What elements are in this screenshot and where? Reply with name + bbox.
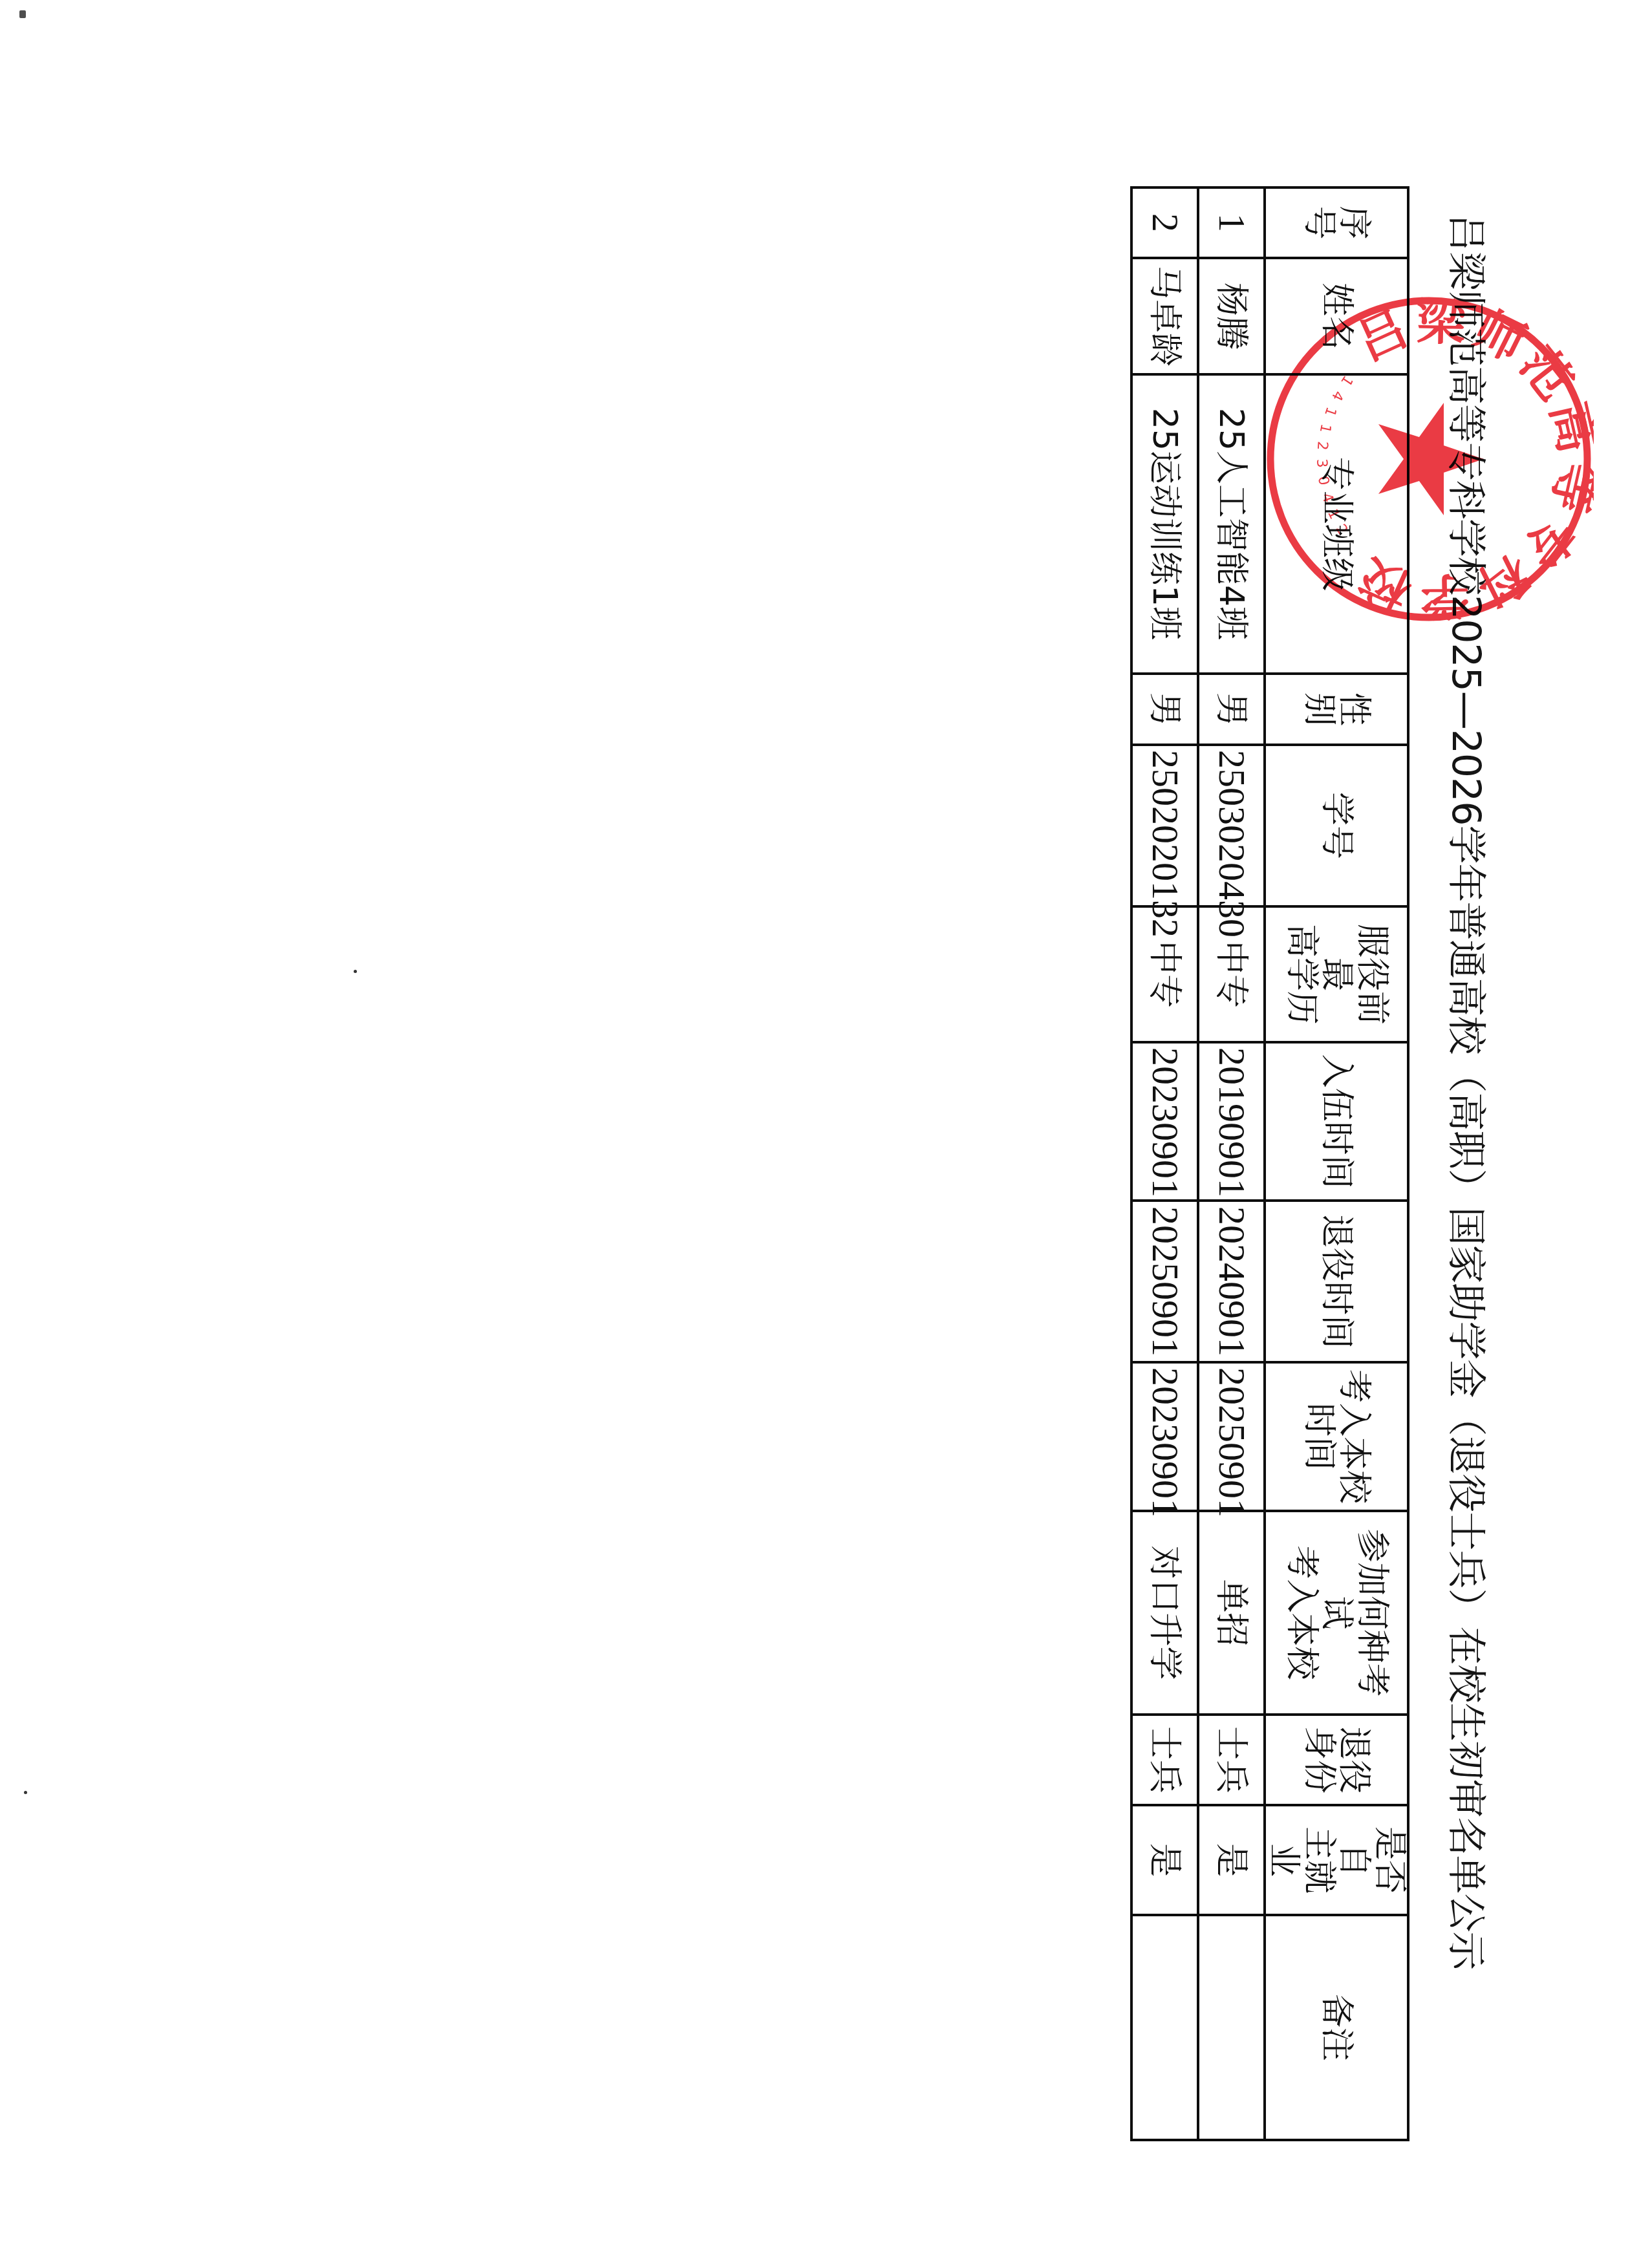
cell-index: 1	[1198, 187, 1265, 258]
scan-speck	[354, 970, 357, 973]
cell-student-id: 2503020430	[1198, 745, 1265, 906]
table-row: 2 马卓龄 25运动训练1班 男 2502020132 中专 20230901 …	[1131, 187, 1198, 2140]
cell-remarks	[1131, 1915, 1198, 2140]
cell-admission-date: 20230901	[1131, 1362, 1198, 1511]
header-self-employed: 是否自主就业	[1265, 1805, 1408, 1915]
cell-class: 25运动训练1班	[1131, 374, 1198, 674]
header-name: 姓名	[1265, 258, 1408, 374]
header-exam-type: 参加何种考试考入本校	[1265, 1511, 1408, 1715]
cell-gender: 男	[1198, 674, 1265, 745]
header-student-id: 学号	[1265, 745, 1408, 906]
header-veteran-status: 退役身份	[1265, 1715, 1408, 1805]
cell-class: 25人工智能4班	[1198, 374, 1265, 674]
header-gender: 性别	[1265, 674, 1408, 745]
cell-remarks	[1198, 1915, 1265, 2140]
cell-self-employed: 是	[1198, 1805, 1265, 1915]
scan-artifact	[19, 10, 26, 18]
header-class: 专业班级	[1265, 374, 1408, 674]
cell-exam-type: 单招	[1198, 1511, 1265, 1715]
header-discharge-date: 退役时间	[1265, 1201, 1408, 1362]
header-education: 服役前最高学历	[1265, 906, 1408, 1042]
cell-admission-date: 20250901	[1198, 1362, 1265, 1511]
cell-name: 杨腾	[1198, 258, 1265, 374]
cell-enlist-date: 20230901	[1131, 1042, 1198, 1201]
cell-gender: 男	[1131, 674, 1198, 745]
header-remarks: 备注	[1265, 1915, 1408, 2140]
cell-index: 2	[1131, 187, 1198, 258]
cell-self-employed: 是	[1131, 1805, 1198, 1915]
cell-student-id: 2502020132	[1131, 745, 1198, 906]
cell-veteran-status: 士兵	[1131, 1715, 1198, 1805]
roster-table: 序号 姓名 专业班级 性别 学号 服役前最高学历 入伍时间 退役时间 考入本校时…	[1130, 186, 1409, 2141]
cell-discharge-date: 20240901	[1198, 1201, 1265, 1362]
table-row: 1 杨腾 25人工智能4班 男 2503020430 中专 20190901 2…	[1198, 187, 1265, 2140]
cell-name: 马卓龄	[1131, 258, 1198, 374]
header-admission-date: 考入本校时间	[1265, 1362, 1408, 1511]
cell-enlist-date: 20190901	[1198, 1042, 1265, 1201]
document-page: 吕梁师范高等专科学校2025—2026学年普通高校（高职）国家助学金（退役士兵）…	[0, 0, 1650, 2268]
header-enlist-date: 入伍时间	[1265, 1042, 1408, 1201]
cell-veteran-status: 士兵	[1198, 1715, 1265, 1805]
cell-discharge-date: 20250901	[1131, 1201, 1198, 1362]
scan-speck	[24, 1791, 27, 1794]
header-index: 序号	[1265, 187, 1408, 258]
document-title: 吕梁师范高等专科学校2025—2026学年普通高校（高职）国家助学金（退役士兵）…	[1437, 213, 1495, 2140]
cell-exam-type: 对口升学	[1131, 1511, 1198, 1715]
header-row: 序号 姓名 专业班级 性别 学号 服役前最高学历 入伍时间 退役时间 考入本校时…	[1265, 187, 1408, 2140]
